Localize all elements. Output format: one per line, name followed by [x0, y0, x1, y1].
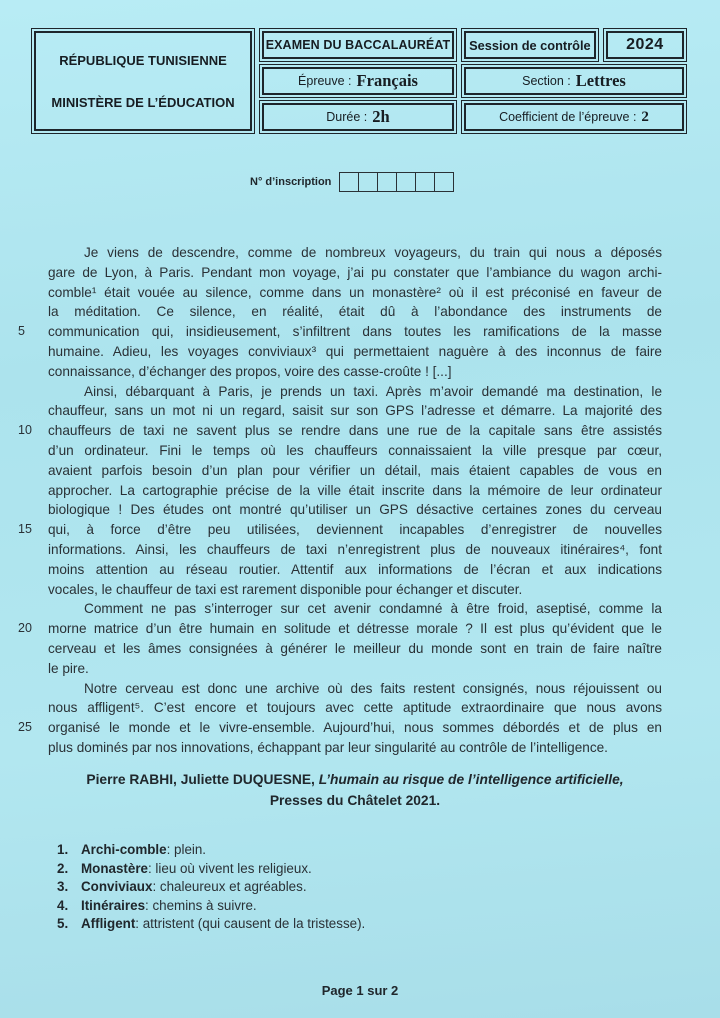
line-number: [18, 639, 48, 659]
footnote-row: 4.Itinéraires : chemins à suivre.: [57, 897, 680, 916]
footnote-row: 2.Monastère : lieu où vivent les religie…: [57, 860, 680, 879]
line-number: [18, 599, 48, 619]
text-line-content: gare de Lyon, à Paris. Pendant mon voyag…: [48, 263, 662, 283]
session-row: Session de contrôle 2024: [464, 31, 684, 59]
section-box: Section : Lettres: [464, 67, 684, 95]
line-number: [18, 263, 48, 283]
text-line-content: chauffeur, sans un mot ni un regard, sai…: [48, 401, 662, 421]
text-line-content: chauffeurs de taxi ne savent plus se ren…: [48, 421, 662, 441]
text-line: 15qui, à force d’être peu utilisées, dev…: [18, 520, 662, 540]
line-number: [18, 659, 48, 679]
text-line-content: connaissance, d’échanger des propos, voi…: [48, 362, 662, 382]
text-line-content: organisé le monde et le vivre-ensemble. …: [48, 718, 662, 738]
line-number: [18, 401, 48, 421]
text-line: Comment ne pas s’interroger sur cet aven…: [18, 599, 662, 619]
line-number: 20: [18, 619, 48, 639]
footnote-term: Itinéraires: [81, 897, 145, 916]
text-line-content: Je viens de descendre, comme de nombreux…: [48, 243, 662, 263]
line-number: [18, 243, 48, 263]
text-line: approcher. La cartographie précise de la…: [18, 481, 662, 501]
footnote-number: 1.: [57, 841, 81, 860]
text-line-content: biologique ! Des études ont montré qu’ut…: [48, 500, 662, 520]
footnote-number: 4.: [57, 897, 81, 916]
line-number: [18, 283, 48, 303]
footnote-number: 2.: [57, 860, 81, 879]
section-label: Section :: [522, 74, 571, 88]
attribution: Pierre RABHI, Juliette DUQUESNE, L’humai…: [48, 769, 662, 811]
text-line: nous affligent⁵. C’est encore et toujour…: [18, 698, 662, 718]
subject-label: Épreuve :: [298, 74, 352, 88]
duration-box: Durée : 2h: [262, 103, 454, 131]
line-number: [18, 679, 48, 699]
footnote-term: Affligent: [81, 915, 135, 934]
line-number: [18, 560, 48, 580]
text-line: Notre cerveau est donc une archive où de…: [18, 679, 662, 699]
text-line-content: plus dominés par nos innovations, échapp…: [48, 738, 662, 758]
ministry-label: MINISTÈRE DE L’ÉDUCATION: [51, 95, 234, 110]
text-line-content: informations. Ainsi, les chauffeurs de t…: [48, 540, 662, 560]
line-number: [18, 441, 48, 461]
text-line: avaient parfois besoin d’un plan pour vé…: [18, 461, 662, 481]
line-number: [18, 580, 48, 600]
footnote-definition: : chemins à suivre.: [145, 897, 257, 916]
line-number: [18, 738, 48, 758]
line-number: [18, 342, 48, 362]
text-line: humaine. Adieu, les voyages conviviaux³ …: [18, 342, 662, 362]
inscription-cell: [358, 172, 378, 192]
ministry-box: RÉPUBLIQUE TUNISIENNE MINISTÈRE DE L’ÉDU…: [34, 31, 252, 131]
text-line: la méditation. Ce silence, en réalité, é…: [18, 302, 662, 322]
text-line-content: Ainsi, débarquant à Paris, je prends un …: [48, 382, 662, 402]
text-line-content: moins attention au réseau routier. Atten…: [48, 560, 662, 580]
footnote-term: Monastère: [81, 860, 148, 879]
text-line: comble¹ était vouée au silence, comme da…: [18, 283, 662, 303]
text-line-content: le pire.: [48, 659, 662, 679]
text-line: gare de Lyon, à Paris. Pendant mon voyag…: [18, 263, 662, 283]
text-body: Je viens de descendre, comme de nombreux…: [18, 243, 662, 758]
text-line: plus dominés par nos innovations, échapp…: [18, 738, 662, 758]
session-box: Session de contrôle: [464, 31, 596, 59]
exam-title-box: EXAMEN DU BACCALAURÉAT: [262, 31, 454, 59]
text-line: chauffeur, sans un mot ni un regard, sai…: [18, 401, 662, 421]
text-line: Je viens de descendre, comme de nombreux…: [18, 243, 662, 263]
text-line: 20morne matrice d’un être humain en soli…: [18, 619, 662, 639]
text-line-content: d’un ordinateur. Fini le temps où les ch…: [48, 441, 662, 461]
text-line-content: Comment ne pas s’interroger sur cet aven…: [48, 599, 662, 619]
footnote-number: 5.: [57, 915, 81, 934]
attribution-line1: Pierre RABHI, Juliette DUQUESNE, L’humai…: [48, 769, 662, 790]
footnote-row: 5.Affligent : attristent (qui causent de…: [57, 915, 680, 934]
text-line-content: humaine. Adieu, les voyages conviviaux³ …: [48, 342, 662, 362]
republic-label: RÉPUBLIQUE TUNISIENNE: [59, 53, 227, 68]
footnote-definition: : chaleureux et agréables.: [152, 878, 306, 897]
inscription-cell: [377, 172, 397, 192]
line-number: [18, 461, 48, 481]
inscription-cell: [339, 172, 359, 192]
text-line-content: cerveau et les âmes consignées à générer…: [48, 639, 662, 659]
page-footer: Page 1 sur 2: [0, 983, 720, 998]
text-line: biologique ! Des études ont montré qu’ut…: [18, 500, 662, 520]
line-number: 15: [18, 520, 48, 540]
text-line: d’un ordinateur. Fini le temps où les ch…: [18, 441, 662, 461]
text-line: moins attention au réseau routier. Atten…: [18, 560, 662, 580]
attribution-authors: Pierre RABHI, Juliette DUQUESNE,: [86, 772, 314, 787]
line-number: 10: [18, 421, 48, 441]
session-column: Session de contrôle 2024 Section : Lettr…: [464, 31, 684, 131]
section-value: Lettres: [576, 71, 626, 91]
text-line-content: nous affligent⁵. C’est encore et toujour…: [48, 698, 662, 718]
line-number: [18, 540, 48, 560]
coefficient-label: Coefficient de l’épreuve :: [499, 110, 636, 124]
text-line: cerveau et les âmes consignées à générer…: [18, 639, 662, 659]
duration-label: Durée :: [326, 110, 367, 124]
text-line: 10chauffeurs de taxi ne savent plus se r…: [18, 421, 662, 441]
text-line-content: Notre cerveau est donc une archive où de…: [48, 679, 662, 699]
exam-page: RÉPUBLIQUE TUNISIENNE MINISTÈRE DE L’ÉDU…: [0, 0, 720, 1018]
text-line-content: approcher. La cartographie précise de la…: [48, 481, 662, 501]
text-line: connaissance, d’échanger des propos, voi…: [18, 362, 662, 382]
footnote-row: 1.Archi-comble : plein.: [57, 841, 680, 860]
line-number: [18, 382, 48, 402]
text-line-content: vocales, le chauffeur de taxi est rareme…: [48, 580, 662, 600]
inscription-cell: [415, 172, 435, 192]
line-number: [18, 362, 48, 382]
line-number: [18, 302, 48, 322]
duration-value: 2h: [372, 107, 389, 127]
footnote-row: 3.Conviviaux : chaleureux et agréables.: [57, 878, 680, 897]
text-line: 5communication qui, insidieusement, s’in…: [18, 322, 662, 342]
attribution-publisher: Presses du Châtelet 2021.: [48, 790, 662, 811]
text-line-content: communication qui, insidieusement, s’inf…: [48, 322, 662, 342]
footnote-definition: : plein.: [167, 841, 206, 860]
coefficient-box: Coefficient de l’épreuve : 2: [464, 103, 684, 131]
line-number: [18, 500, 48, 520]
line-number: 5: [18, 322, 48, 342]
inscription-cell: [396, 172, 416, 192]
coefficient-value: 2: [641, 109, 649, 126]
footnote-term: Conviviaux: [81, 878, 152, 897]
line-number: [18, 481, 48, 501]
text-line: 25organisé le monde et le vivre-ensemble…: [18, 718, 662, 738]
inscription-label: N° d’inscription: [250, 176, 331, 188]
text-line-content: avaient parfois besoin d’un plan pour vé…: [48, 461, 662, 481]
inscription-cell: [434, 172, 454, 192]
text-line: le pire.: [18, 659, 662, 679]
footnotes: 1.Archi-comble : plein.2.Monastère : lie…: [57, 841, 680, 934]
text-line-content: qui, à force d’être peu utilisées, devie…: [48, 520, 662, 540]
inscription-row: N° d’inscription: [250, 172, 454, 192]
text-line-content: morne matrice d’un être humain en solitu…: [48, 619, 662, 639]
footnote-term: Archi-comble: [81, 841, 167, 860]
inscription-cells: [340, 172, 454, 192]
line-number: 25: [18, 718, 48, 738]
exam-info-column: EXAMEN DU BACCALAURÉAT Épreuve : Françai…: [262, 31, 454, 131]
text-line-content: comble¹ était vouée au silence, comme da…: [48, 283, 662, 303]
year-box: 2024: [606, 31, 684, 59]
text-line: Ainsi, débarquant à Paris, je prends un …: [18, 382, 662, 402]
footnote-definition: : lieu où vivent les religieux.: [148, 860, 312, 879]
text-line: informations. Ainsi, les chauffeurs de t…: [18, 540, 662, 560]
subject-box: Épreuve : Français: [262, 67, 454, 95]
attribution-title: L’humain au risque de l’intelligence art…: [319, 772, 624, 787]
exam-header: RÉPUBLIQUE TUNISIENNE MINISTÈRE DE L’ÉDU…: [34, 31, 684, 131]
footnote-number: 3.: [57, 878, 81, 897]
subject-value: Français: [357, 71, 418, 91]
line-number: [18, 698, 48, 718]
text-line-content: la méditation. Ce silence, en réalité, é…: [48, 302, 662, 322]
footnote-definition: : attristent (qui causent de la tristess…: [135, 915, 365, 934]
text-line: vocales, le chauffeur de taxi est rareme…: [18, 580, 662, 600]
